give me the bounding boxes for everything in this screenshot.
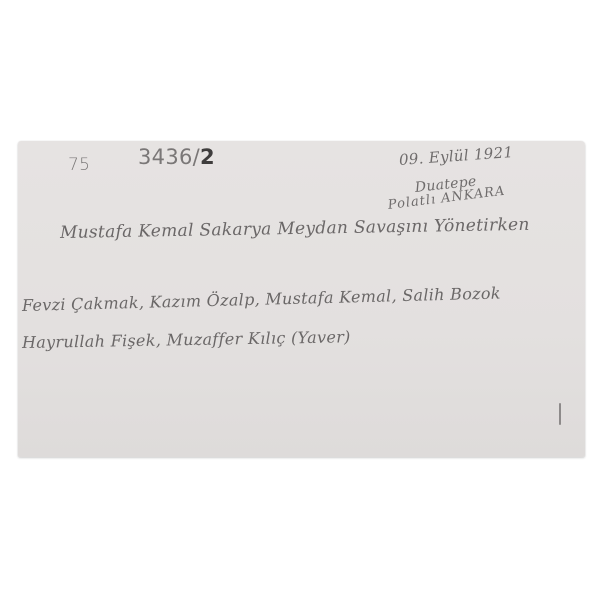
caption-title: Mustafa Kemal Sakarya Meydan Savaşını Yö… xyxy=(60,215,530,243)
caption-names-line-2: Hayrullah Fişek, Muzaffer Kılıç (Yaver) xyxy=(22,327,351,352)
reference-number-main: 3436/ xyxy=(138,145,200,169)
page-background: 75 3436/2 09. Eylül 1921 Duatepe Polatlı… xyxy=(0,0,600,600)
date-text: 09. Eylül 1921 xyxy=(398,143,513,169)
caption-names-line-1: Fevzi Çakmak, Kazım Özalp, Mustafa Kemal… xyxy=(22,283,501,315)
reference-number-suffix: 2 xyxy=(200,145,215,169)
pencil-margin-mark xyxy=(559,403,561,425)
catalog-number: 75 xyxy=(68,155,90,175)
photo-back-card: 75 3436/2 09. Eylül 1921 Duatepe Polatlı… xyxy=(18,141,585,457)
reference-number: 3436/2 xyxy=(138,145,215,169)
